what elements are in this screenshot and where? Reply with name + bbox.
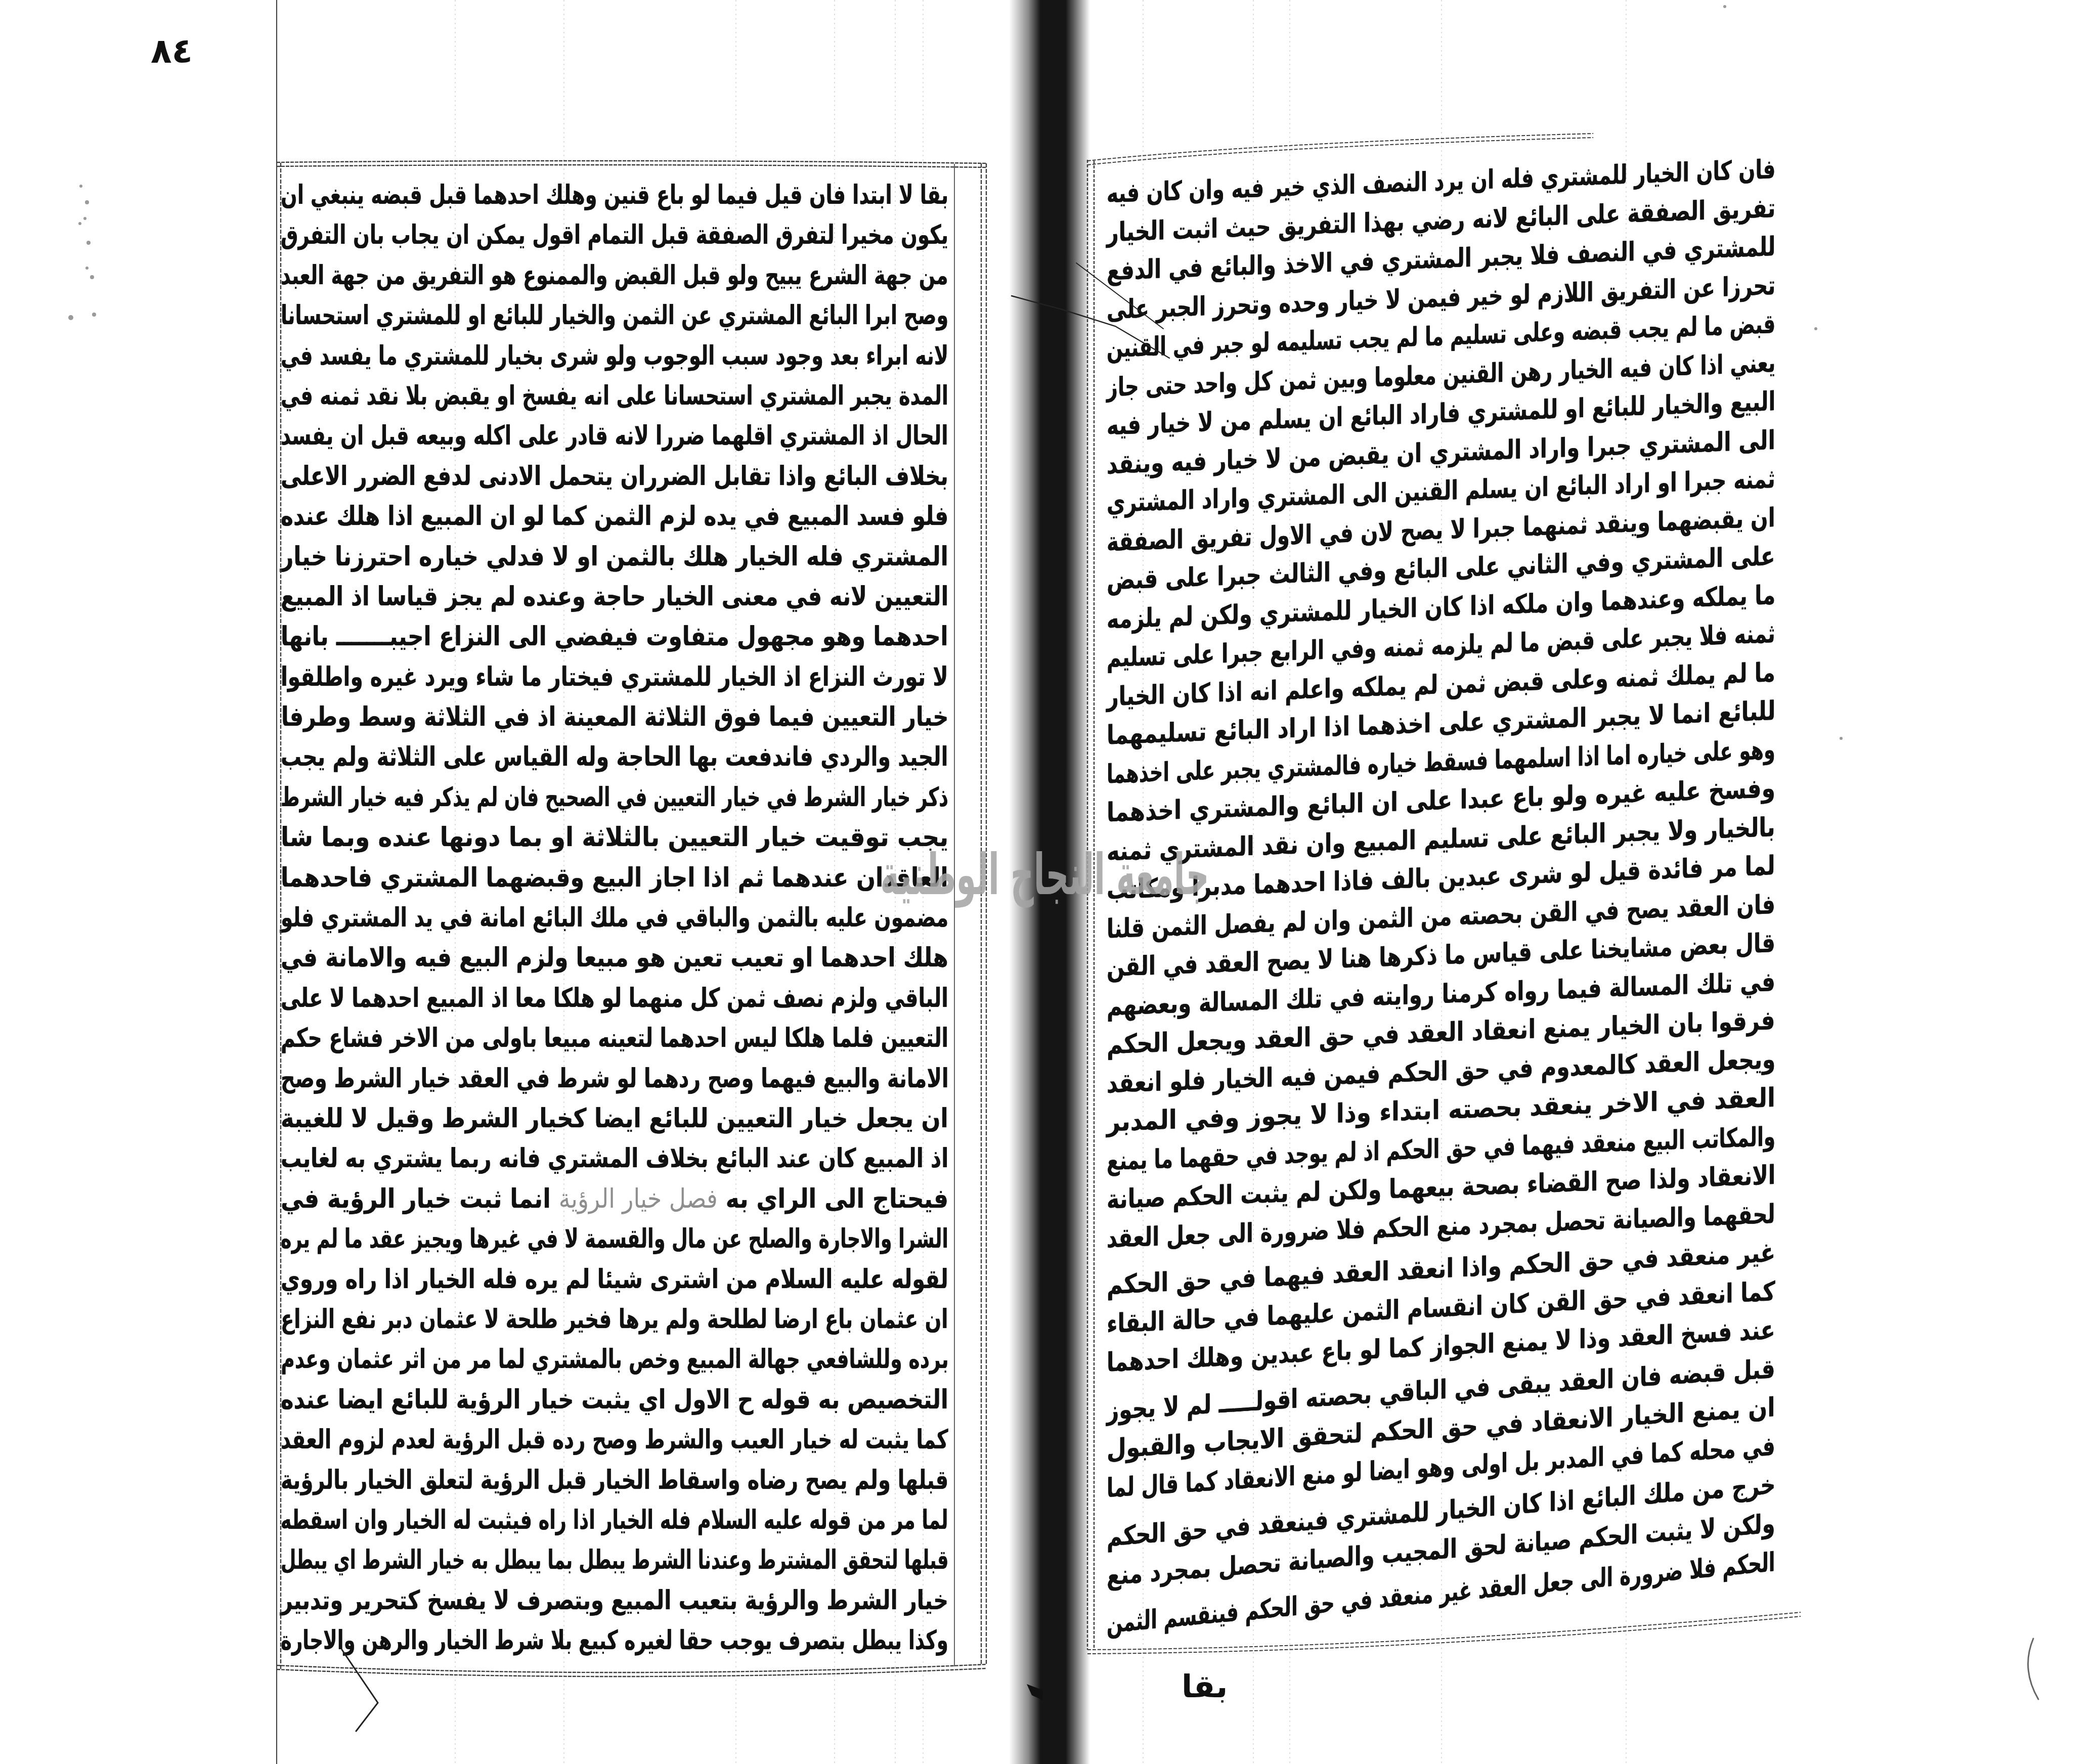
- section-heading: فصل خيار الرؤية: [559, 1184, 718, 1214]
- catchword: بقا: [1182, 1668, 1228, 1705]
- left-frame-top-rule-inner: [277, 165, 986, 167]
- manuscript-line-with-heading: فيحتاج الى الراي به فصل خيار الرؤية انما…: [281, 1179, 948, 1219]
- left-frame-top-rule: [277, 161, 986, 163]
- manuscript-line: الباقي ولزم نصف ثمن كل منهما لو هلكا معا…: [281, 979, 948, 1019]
- line-text: هلك احدهما او تعيب تعين هو مبيعا ولزم ال…: [281, 938, 948, 978]
- library-watermark: جامعة النجاح الوطنية: [880, 837, 1209, 913]
- line-text: بخلاف البائع واذا تقابل الضرران يتحمل ال…: [281, 457, 948, 497]
- line-text: المدة يجبر المشتري استحسانا على انه يفسخ…: [281, 376, 948, 416]
- line-text: التعيين لانه في معنى الخيار حاجة وعنده ل…: [281, 577, 948, 617]
- manuscript-line: التخصيص به قوله ح الاول اي يثبت خيار الر…: [281, 1380, 948, 1420]
- line-text: احدهما وهو مجهول متفاوت فيفضي الى النزاع…: [281, 617, 948, 657]
- line-text: برده وللشافعي جهالة المبيع وخص بالمشتري …: [281, 1340, 948, 1380]
- left-frame-bottom-rule-outer: [277, 1668, 986, 1677]
- line-text: لقوله عليه السلام من اشترى شيئا لم يره ف…: [281, 1260, 948, 1300]
- manuscript-line: المشتري فله الخيار هلك بالثمن او لا فدلي…: [281, 537, 948, 577]
- manuscript-line: كما يثبت له خيار العيب والشرط وصح رده قب…: [281, 1420, 948, 1460]
- folio-number: ٨٤: [151, 31, 193, 71]
- line-text: بقا لا ابتدا فان قيل فيما لو باع قنين وه…: [281, 175, 948, 215]
- line-text: لا تورث النزاع اذ الخيار للمشتري فيختار …: [281, 657, 948, 697]
- manuscript-line: من جهة الشرع يبيح ولو قبل القبض والممنوع…: [281, 256, 948, 296]
- manuscript-line: التعيين لانه في معنى الخيار حاجة وعنده ل…: [281, 577, 948, 617]
- pen-stroke-mark: [342, 1650, 378, 1731]
- manuscript-line: ان يجعل خيار التعيين للبائع ايضا كخيار ا…: [281, 1099, 948, 1139]
- manuscript-line: التعيين فلما هلكا ليس احدهما لتعينه مبيع…: [281, 1019, 948, 1059]
- manuscript-line: احدهما وهو مجهول متفاوت فيفضي الى النزاع…: [281, 617, 948, 657]
- line-text: يكون مخيرا لتفرق الصفقة قبل التمام اقول …: [281, 215, 948, 255]
- manuscript-line: قبلها لتحقق المشترط وعندنا الشرط يبطل بم…: [281, 1540, 948, 1580]
- manuscript-line: فلو فسد المبيع في يده لزم الثمن كما لو ا…: [281, 497, 948, 537]
- manuscript-line: بخلاف البائع واذا تقابل الضرران يتحمل ال…: [281, 457, 948, 497]
- line-text: خيار التعيين فيما فوق الثلاثة المعينة اذ…: [281, 697, 948, 737]
- line-text: وصح ابرا البائع المشتري عن الثمن والخيار…: [281, 296, 948, 336]
- line-text: التخصيص به قوله ح الاول اي يثبت خيار الر…: [281, 1380, 948, 1420]
- folio-number-text: ٨٤: [151, 31, 193, 71]
- line-text: التعيين فلما هلكا ليس احدهما لتعينه مبيع…: [281, 1019, 948, 1059]
- line-text: الباقي ولزم نصف ثمن كل منهما لو هلكا معا…: [281, 979, 948, 1019]
- line-text: ان عثمان باع ارضا لطلحة ولم يرها فخير طل…: [281, 1300, 948, 1340]
- line-text: قبلها ولم يصح رضاه واسقاط الخيار قبل الر…: [281, 1461, 948, 1501]
- line-text: الشرا والاجارة والصلح عن مال والقسمة لا …: [281, 1219, 948, 1259]
- line-text: قبلها لتحقق المشترط وعندنا الشرط يبطل بم…: [281, 1540, 948, 1580]
- left-page-text: بقا لا ابتدا فان قيل فيما لو باع قنين وه…: [281, 175, 948, 1661]
- paper-edge-curl: [2028, 1639, 2038, 1699]
- manuscript-line: خيار الشرط والرؤية بتعيب المبيع وبتصرف ل…: [281, 1581, 948, 1621]
- manuscript-line: بقا لا ابتدا فان قيل فيما لو باع قنين وه…: [281, 175, 948, 215]
- line-text: من جهة الشرع يبيح ولو قبل القبض والممنوع…: [281, 256, 948, 296]
- manuscript-line: الحال اذ المشتري اقلهما ضررا لانه قادر ع…: [281, 416, 948, 456]
- manuscript-line: لا تورث النزاع اذ الخيار للمشتري فيختار …: [281, 657, 948, 697]
- line-text: الامانة والبيع فيهما وصح ردهما لو شرط في…: [281, 1059, 948, 1099]
- manuscript-line: المدة يجبر المشتري استحسانا على انه يفسخ…: [281, 376, 948, 416]
- manuscript-line: لقوله عليه السلام من اشترى شيئا لم يره ف…: [281, 1260, 948, 1300]
- manuscript-line: برده وللشافعي جهالة المبيع وخص بالمشتري …: [281, 1340, 948, 1380]
- manuscript-line: هلك احدهما او تعيب تعين هو مبيعا ولزم ال…: [281, 938, 948, 978]
- line-text: اذ المبيع كان عند البائع بخلاف المشتري ف…: [281, 1139, 948, 1179]
- left-frame-bottom-rule: [277, 1664, 986, 1672]
- manuscript-line: خيار التعيين فيما فوق الثلاثة المعينة اذ…: [281, 697, 948, 737]
- line-text-after-heading: انما ثبت خيار الرؤية في: [281, 1184, 551, 1214]
- manuscript-line: الشرا والاجارة والصلح عن مال والقسمة لا …: [281, 1219, 948, 1259]
- manuscript-line: اذ المبيع كان عند البائع بخلاف المشتري ف…: [281, 1139, 948, 1179]
- watermark-text: جامعة النجاح الوطنية: [880, 837, 1209, 913]
- manuscript-line: الامانة والبيع فيهما وصح ردهما لو شرط في…: [281, 1059, 948, 1099]
- manuscript-line: وصح ابرا البائع المشتري عن الثمن والخيار…: [281, 296, 948, 336]
- line-text: المشتري فله الخيار هلك بالثمن او لا فدلي…: [281, 537, 948, 577]
- line-text: فلو فسد المبيع في يده لزم الثمن كما لو ا…: [281, 497, 948, 537]
- line-text-before-heading: فيحتاج الى الراي به: [726, 1184, 948, 1214]
- manuscript-line: لما مر من قوله عليه السلام فله الخيار اذ…: [281, 1501, 948, 1540]
- manuscript-line: قبلها ولم يصح رضاه واسقاط الخيار قبل الر…: [281, 1461, 948, 1501]
- line-text: الحال اذ المشتري اقلهما ضررا لانه قادر ع…: [281, 416, 948, 456]
- line-text: خيار الشرط والرؤية بتعيب المبيع وبتصرف ل…: [281, 1581, 948, 1621]
- catchword-text: بقا: [1182, 1668, 1228, 1705]
- manuscript-line: يكون مخيرا لتفرق الصفقة قبل التمام اقول …: [281, 215, 948, 255]
- manuscript-line: ان عثمان باع ارضا لطلحة ولم يرها فخير طل…: [281, 1300, 948, 1340]
- line-text: كما يثبت له خيار العيب والشرط وصح رده قب…: [281, 1420, 948, 1460]
- line-text: ان يجعل خيار التعيين للبائع ايضا كخيار ا…: [281, 1099, 948, 1139]
- manuscript-spread: ٨٤ بقا لا ابتدا فان قيل فيما لو باع قنين…: [0, 0, 2096, 1764]
- line-text: لما مر من قوله عليه السلام فله الخيار اذ…: [281, 1501, 948, 1540]
- line-text: فيحتاج الى الراي به فصل خيار الرؤية انما…: [281, 1179, 948, 1219]
